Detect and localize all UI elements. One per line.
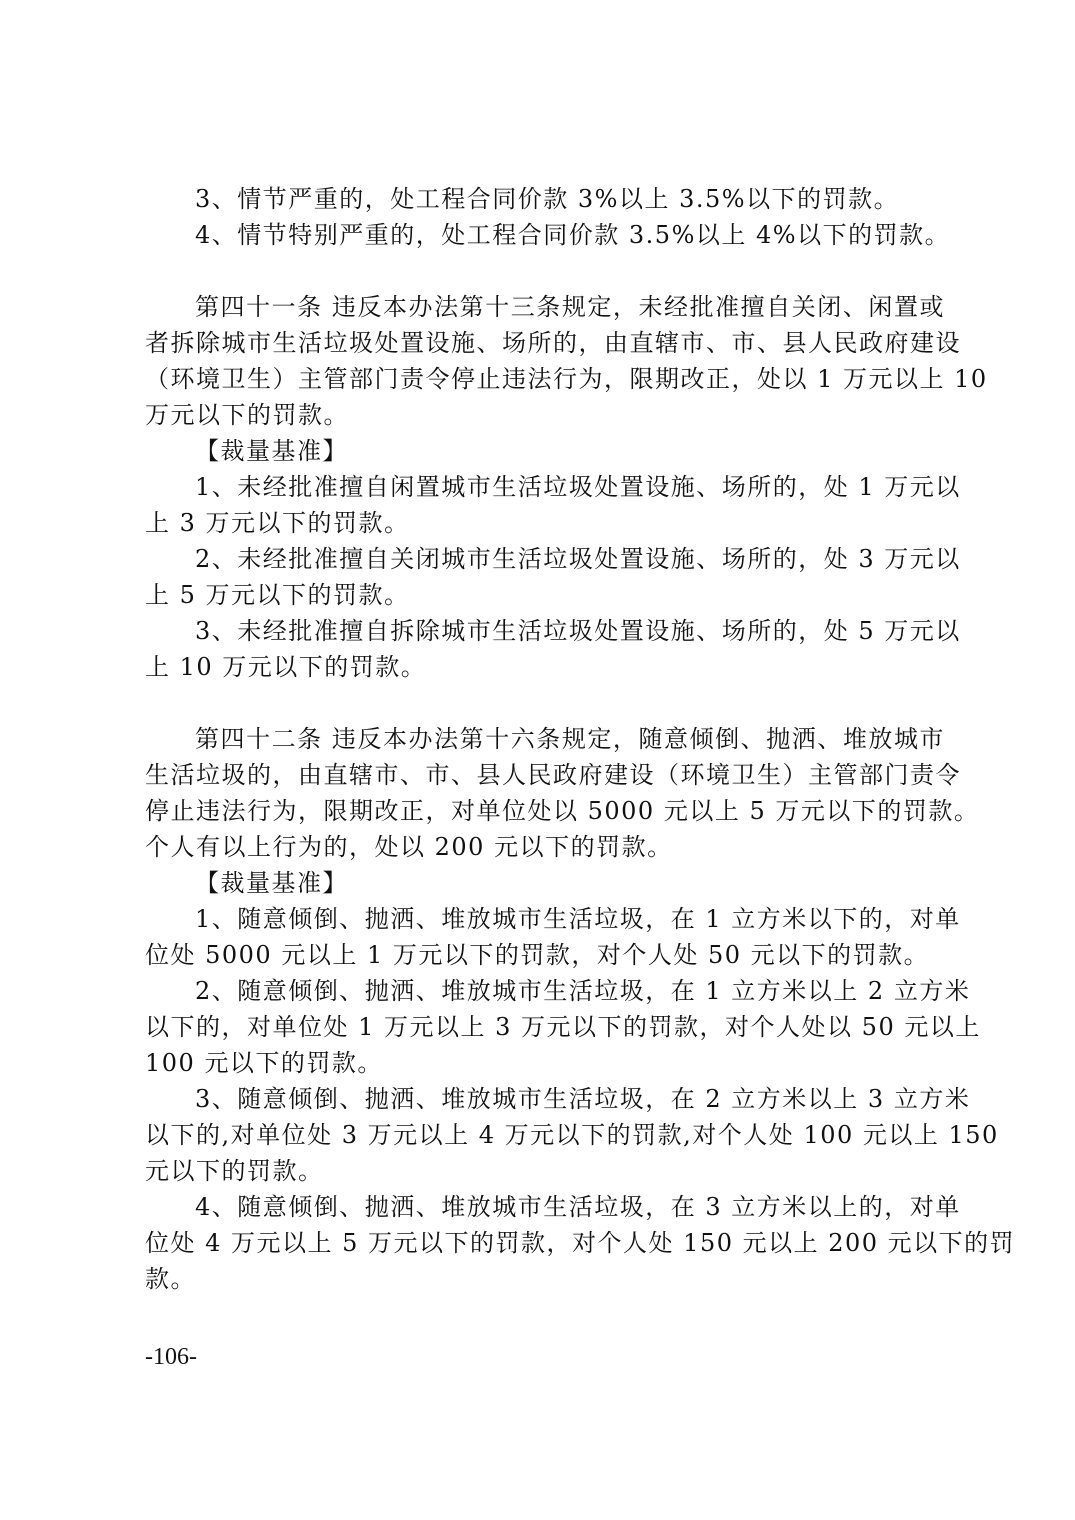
text-line: 元以下的罚款。 bbox=[145, 1153, 324, 1189]
text-line: 4、随意倾倒、抛洒、堆放城市生活垃圾，在 3 立方米以上的，对单 bbox=[195, 1189, 945, 1225]
text-line: 【裁量基准】 bbox=[195, 433, 348, 469]
text-line: 第四十一条 违反本办法第十三条规定，未经批准擅自关闭、闲置或 bbox=[195, 289, 945, 325]
text-line: 生活垃圾的，由直辖市、市、县人民政府建设（环境卫生）主管部门责令 bbox=[145, 757, 945, 793]
text-line: 位处 5000 元以上 1 万元以下的罚款，对个人处 50 元以下的罚款。 bbox=[145, 937, 929, 973]
text-line: 4、情节特别严重的，处工程合同价款 3.5%以上 4%以下的罚款。 bbox=[195, 217, 950, 253]
text-line: 1、随意倾倒、抛洒、堆放城市生活垃圾，在 1 立方米以下的，对单 bbox=[195, 901, 945, 937]
text-line: （环境卫生）主管部门责令停止违法行为，限期改正，处以 1 万元以上 10 bbox=[145, 361, 945, 397]
text-line: 【裁量基准】 bbox=[195, 865, 348, 901]
text-line: 1、未经批准擅自闲置城市生活垃圾处置设施、场所的，处 1 万元以 bbox=[195, 469, 945, 505]
text-line: 100 元以下的罚款。 bbox=[145, 1045, 383, 1081]
text-line: 以下的,对单位处 3 万元以上 4 万元以下的罚款,对个人处 100 元以上 1… bbox=[145, 1117, 945, 1153]
text-line: 2、未经批准擅自关闭城市生活垃圾处置设施、场所的，处 3 万元以 bbox=[195, 541, 945, 577]
text-line: 位处 4 万元以上 5 万元以下的罚款，对个人处 150 元以上 200 元以下… bbox=[145, 1225, 945, 1261]
text-line: 上 3 万元以下的罚款。 bbox=[145, 505, 410, 541]
text-line: 3、未经批准擅自拆除城市生活垃圾处置设施、场所的，处 5 万元以 bbox=[195, 613, 945, 649]
text-line: 第四十二条 违反本办法第十六条规定，随意倾倒、抛洒、堆放城市 bbox=[195, 721, 945, 757]
text-line: 款。 bbox=[145, 1261, 196, 1297]
text-line: 停止违法行为，限期改正，对单位处以 5000 元以上 5 万元以下的罚款。 bbox=[145, 793, 945, 829]
text-line: 3、随意倾倒、抛洒、堆放城市生活垃圾，在 2 立方米以上 3 立方米 bbox=[195, 1081, 945, 1117]
page-number: -106- bbox=[145, 1344, 197, 1371]
text-line: 2、随意倾倒、抛洒、堆放城市生活垃圾，在 1 立方米以上 2 立方米 bbox=[195, 973, 945, 1009]
text-line: 上 5 万元以下的罚款。 bbox=[145, 577, 410, 613]
text-line: 上 10 万元以下的罚款。 bbox=[145, 649, 426, 685]
text-line: 以下的，对单位处 1 万元以上 3 万元以下的罚款，对个人处以 50 元以上 bbox=[145, 1009, 945, 1045]
text-line: 万元以下的罚款。 bbox=[145, 397, 349, 433]
text-line: 者拆除城市生活垃圾处置设施、场所的，由直辖市、市、县人民政府建设 bbox=[145, 325, 945, 361]
text-line: 3、情节严重的，处工程合同价款 3%以上 3.5%以下的罚款。 bbox=[195, 181, 899, 217]
text-line: 个人有以上行为的，处以 200 元以下的罚款。 bbox=[145, 829, 673, 865]
